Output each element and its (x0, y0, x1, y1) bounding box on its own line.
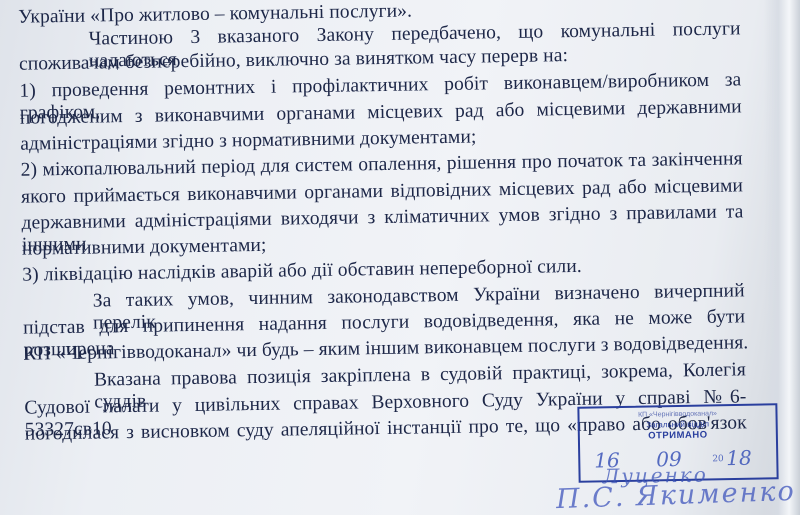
stamp-year: 18 (726, 446, 752, 470)
stamp-date: 16 09 20 18 (580, 445, 776, 448)
stamp-year-prefix: 20 (712, 454, 724, 464)
stamp-status: ОТРИМАНО (580, 428, 776, 442)
received-stamp: КП «Чернігівводоканал» Загальний відділ … (577, 403, 778, 482)
